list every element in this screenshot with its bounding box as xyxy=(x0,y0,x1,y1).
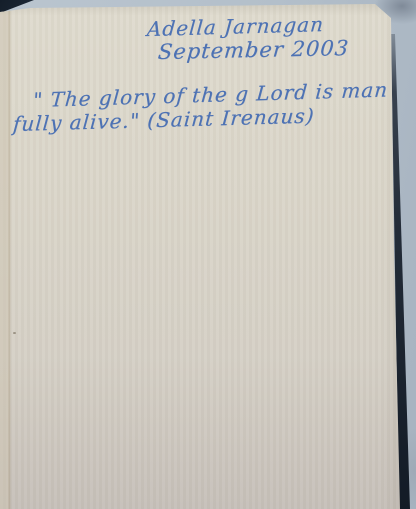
book-page: Adella Jarnagan September 2003 " The glo… xyxy=(0,0,416,509)
page-speck xyxy=(13,332,16,334)
book-flyleaf-photo: Adella Jarnagan September 2003 " The glo… xyxy=(0,0,416,509)
inscription-date: September 2003 xyxy=(157,36,350,64)
